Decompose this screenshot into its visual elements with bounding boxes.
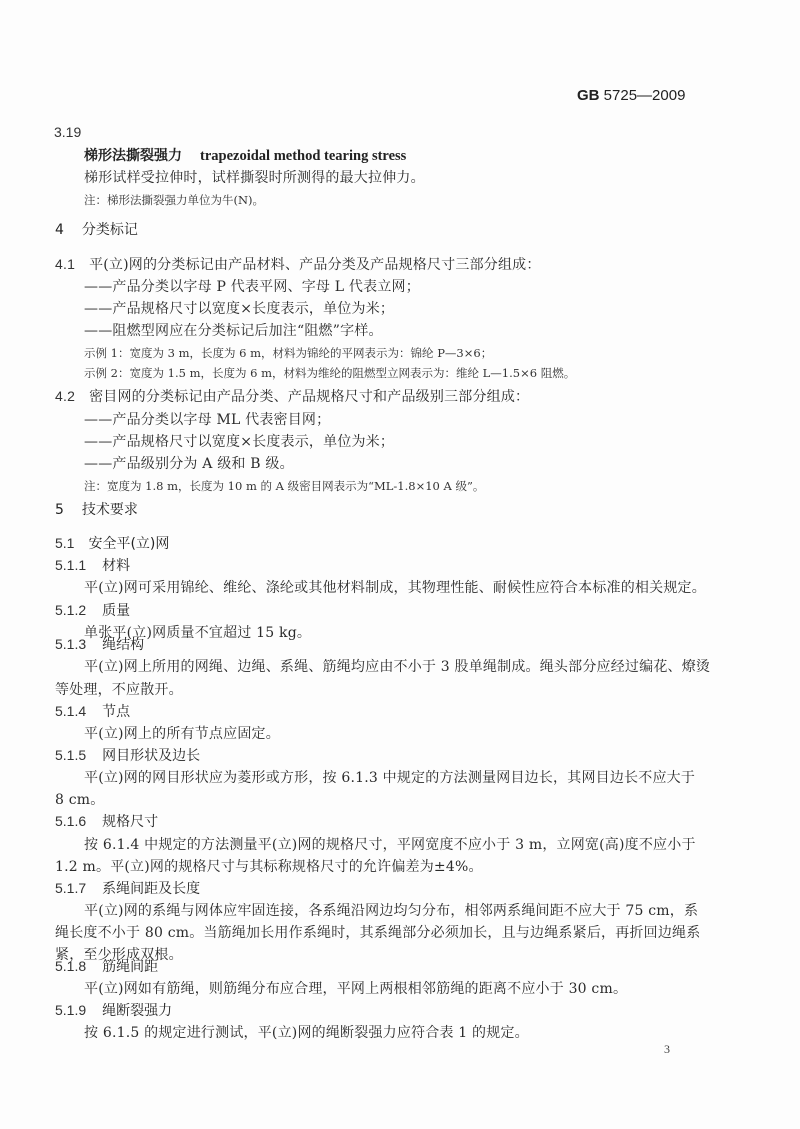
clause-text: 平(立)网上的所有节点应固定。 <box>84 723 280 743</box>
term-zh: 梯形法撕裂强力 <box>84 148 182 164</box>
standard-number: 5725—2009 <box>604 87 686 104</box>
example-1: 示例 1：宽度为 3 m，长度为 6 m，材料为锦纶的平网表示为：锦纶 P—3×… <box>84 345 492 361</box>
list-item: ——产品规格尺寸以宽度×长度表示，单位为米； <box>84 431 394 451</box>
clause-5-1: 5.1安全平(立)网 <box>55 533 169 553</box>
clause-title: 绳结构 <box>102 637 144 653</box>
clause-number: 5.1.4 <box>55 703 86 719</box>
clause-5-1-3: 5.1.3绳结构 <box>55 634 144 654</box>
clause-title: 网目形状及边长 <box>102 748 200 764</box>
clause-text: 按 6.1.5 的规定进行测试，平(立)网的绳断裂强力应符合表 1 的规定。 <box>84 1022 529 1042</box>
list-item: ——产品级别分为 A 级和 B 级。 <box>84 453 294 473</box>
clause-5-1-6: 5.1.6规格尺寸 <box>55 811 158 831</box>
clause-title: 规格尺寸 <box>102 814 158 830</box>
list-item: ——产品分类以字母 P 代表平网、字母 L 代表立网； <box>84 276 420 296</box>
clause-text-line: 1.2 m。平(立)网的规格尺寸与其标称规格尺寸的允许偏差为±4%。 <box>55 856 483 876</box>
clause-number-3-19: 3.19 <box>54 124 81 140</box>
clause-text-line: 平(立)网的系绳与网体应牢固连接，各系绳沿网边均匀分布，相邻两系绳间距不应大于 … <box>84 900 698 920</box>
section-title: 技术要求 <box>82 502 138 518</box>
section-title: 分类标记 <box>82 222 138 238</box>
clause-number: 5.1 <box>55 535 74 551</box>
clause-text: 密目网的分类标记由产品分类、产品规格尺寸和产品级别三部分组成： <box>89 389 529 405</box>
clause-4-2: 4.2密目网的分类标记由产品分类、产品规格尺寸和产品级别三部分组成： <box>55 386 529 406</box>
clause-text-line: 等处理，不应散开。 <box>55 679 183 699</box>
clause-title: 安全平(立)网 <box>88 536 169 552</box>
term-definition: 梯形试样受拉伸时，试样撕裂时所测得的最大拉伸力。 <box>84 167 425 187</box>
clause-text-line: 8 cm。 <box>55 789 104 809</box>
list-item: ——产品分类以字母 ML 代表密目网； <box>84 409 330 429</box>
term-note: 注：梯形法撕裂强力单位为牛(N)。 <box>84 192 264 208</box>
clause-number: 5.1.3 <box>55 636 86 652</box>
clause-number: 5.1.8 <box>55 958 86 974</box>
clause-4-1: 4.1平(立)网的分类标记由产品材料、产品分类及产品规格尺寸三部分组成： <box>55 254 541 274</box>
note-4-2: 注：宽度为 1.8 m，长度为 10 m 的 A 级密目网表示为“ML-1.8×… <box>84 478 484 494</box>
clause-title: 绳断裂强力 <box>102 1003 172 1019</box>
clause-number: 5.1.9 <box>55 1002 86 1018</box>
section-number: 4 <box>55 222 64 238</box>
section-number: 5 <box>55 502 64 518</box>
standard-code: GB <box>577 87 600 104</box>
clause-title: 筋绳间距 <box>102 959 158 975</box>
section-heading-4: 4分类标记 <box>55 219 138 239</box>
clause-title: 材料 <box>102 558 130 574</box>
standard-header: GB 5725—2009 <box>577 87 685 104</box>
clause-5-1-2: 5.1.2质量 <box>55 600 130 620</box>
clause-5-1-9: 5.1.9绳断裂强力 <box>55 1000 172 1020</box>
clause-text: 平(立)网可采用锦纶、维纶、涤纶或其他材料制成，其物理性能、耐候性应符合本标准的… <box>84 577 706 597</box>
clause-5-1-8: 5.1.8筋绳间距 <box>55 956 158 976</box>
clause-title: 系绳间距及长度 <box>102 881 200 897</box>
clause-text-line: 绳长度不小于 80 cm。当筋绳加长用作系绳时，其系绳部分必须加长，且与边绳系紧… <box>55 922 700 942</box>
clause-text-line: 平(立)网的网目形状应为菱形或方形，按 6.1.3 中规定的方法测量网目边长，其… <box>84 767 695 787</box>
clause-5-1-1: 5.1.1材料 <box>55 555 130 575</box>
clause-number: 4.1 <box>55 256 75 272</box>
clause-5-1-5: 5.1.5网目形状及边长 <box>55 745 200 765</box>
clause-text-line: 平(立)网上所用的网绳、边绳、系绳、筋绳均应由不小于 3 股单绳制成。绳头部分应… <box>84 656 710 676</box>
example-2: 示例 2：宽度为 1.5 m，长度为 6 m，材料为维纶的阻燃型立网表示为：维纶… <box>84 365 575 381</box>
clause-number: 5.1.2 <box>55 602 86 618</box>
clause-5-1-4: 5.1.4节点 <box>55 701 130 721</box>
clause-number: 5.1.7 <box>55 880 86 896</box>
clause-text-line: 按 6.1.4 中规定的方法测量平(立)网的规格尺寸，平网宽度不应小于 3 m，… <box>84 834 696 854</box>
page-number: 3 <box>664 1042 670 1057</box>
clause-number: 5.1.6 <box>55 813 86 829</box>
term-en: trapezoidal method tearing stress <box>200 148 406 164</box>
document-page: GB 5725—2009 3.19 梯形法撕裂强力trapezoidal met… <box>0 0 800 1129</box>
clause-5-1-7: 5.1.7系绳间距及长度 <box>55 878 200 898</box>
term-title: 梯形法撕裂强力trapezoidal method tearing stress <box>84 145 406 165</box>
clause-title: 节点 <box>102 704 130 720</box>
clause-number: 5.1.5 <box>55 747 86 763</box>
section-heading-5: 5技术要求 <box>55 499 138 519</box>
clause-title: 质量 <box>102 603 130 619</box>
list-item: ——阻燃型网应在分类标记后加注“阻燃”字样。 <box>84 320 383 340</box>
clause-text: 平(立)网如有筋绳，则筋绳分布应合理，平网上两根相邻筋绳的距离不应小于 30 c… <box>84 978 627 998</box>
list-item: ——产品规格尺寸以宽度×长度表示，单位为米； <box>84 298 394 318</box>
clause-number: 4.2 <box>55 388 75 404</box>
clause-number: 5.1.1 <box>55 557 86 573</box>
clause-text: 平(立)网的分类标记由产品材料、产品分类及产品规格尺寸三部分组成： <box>89 257 541 273</box>
